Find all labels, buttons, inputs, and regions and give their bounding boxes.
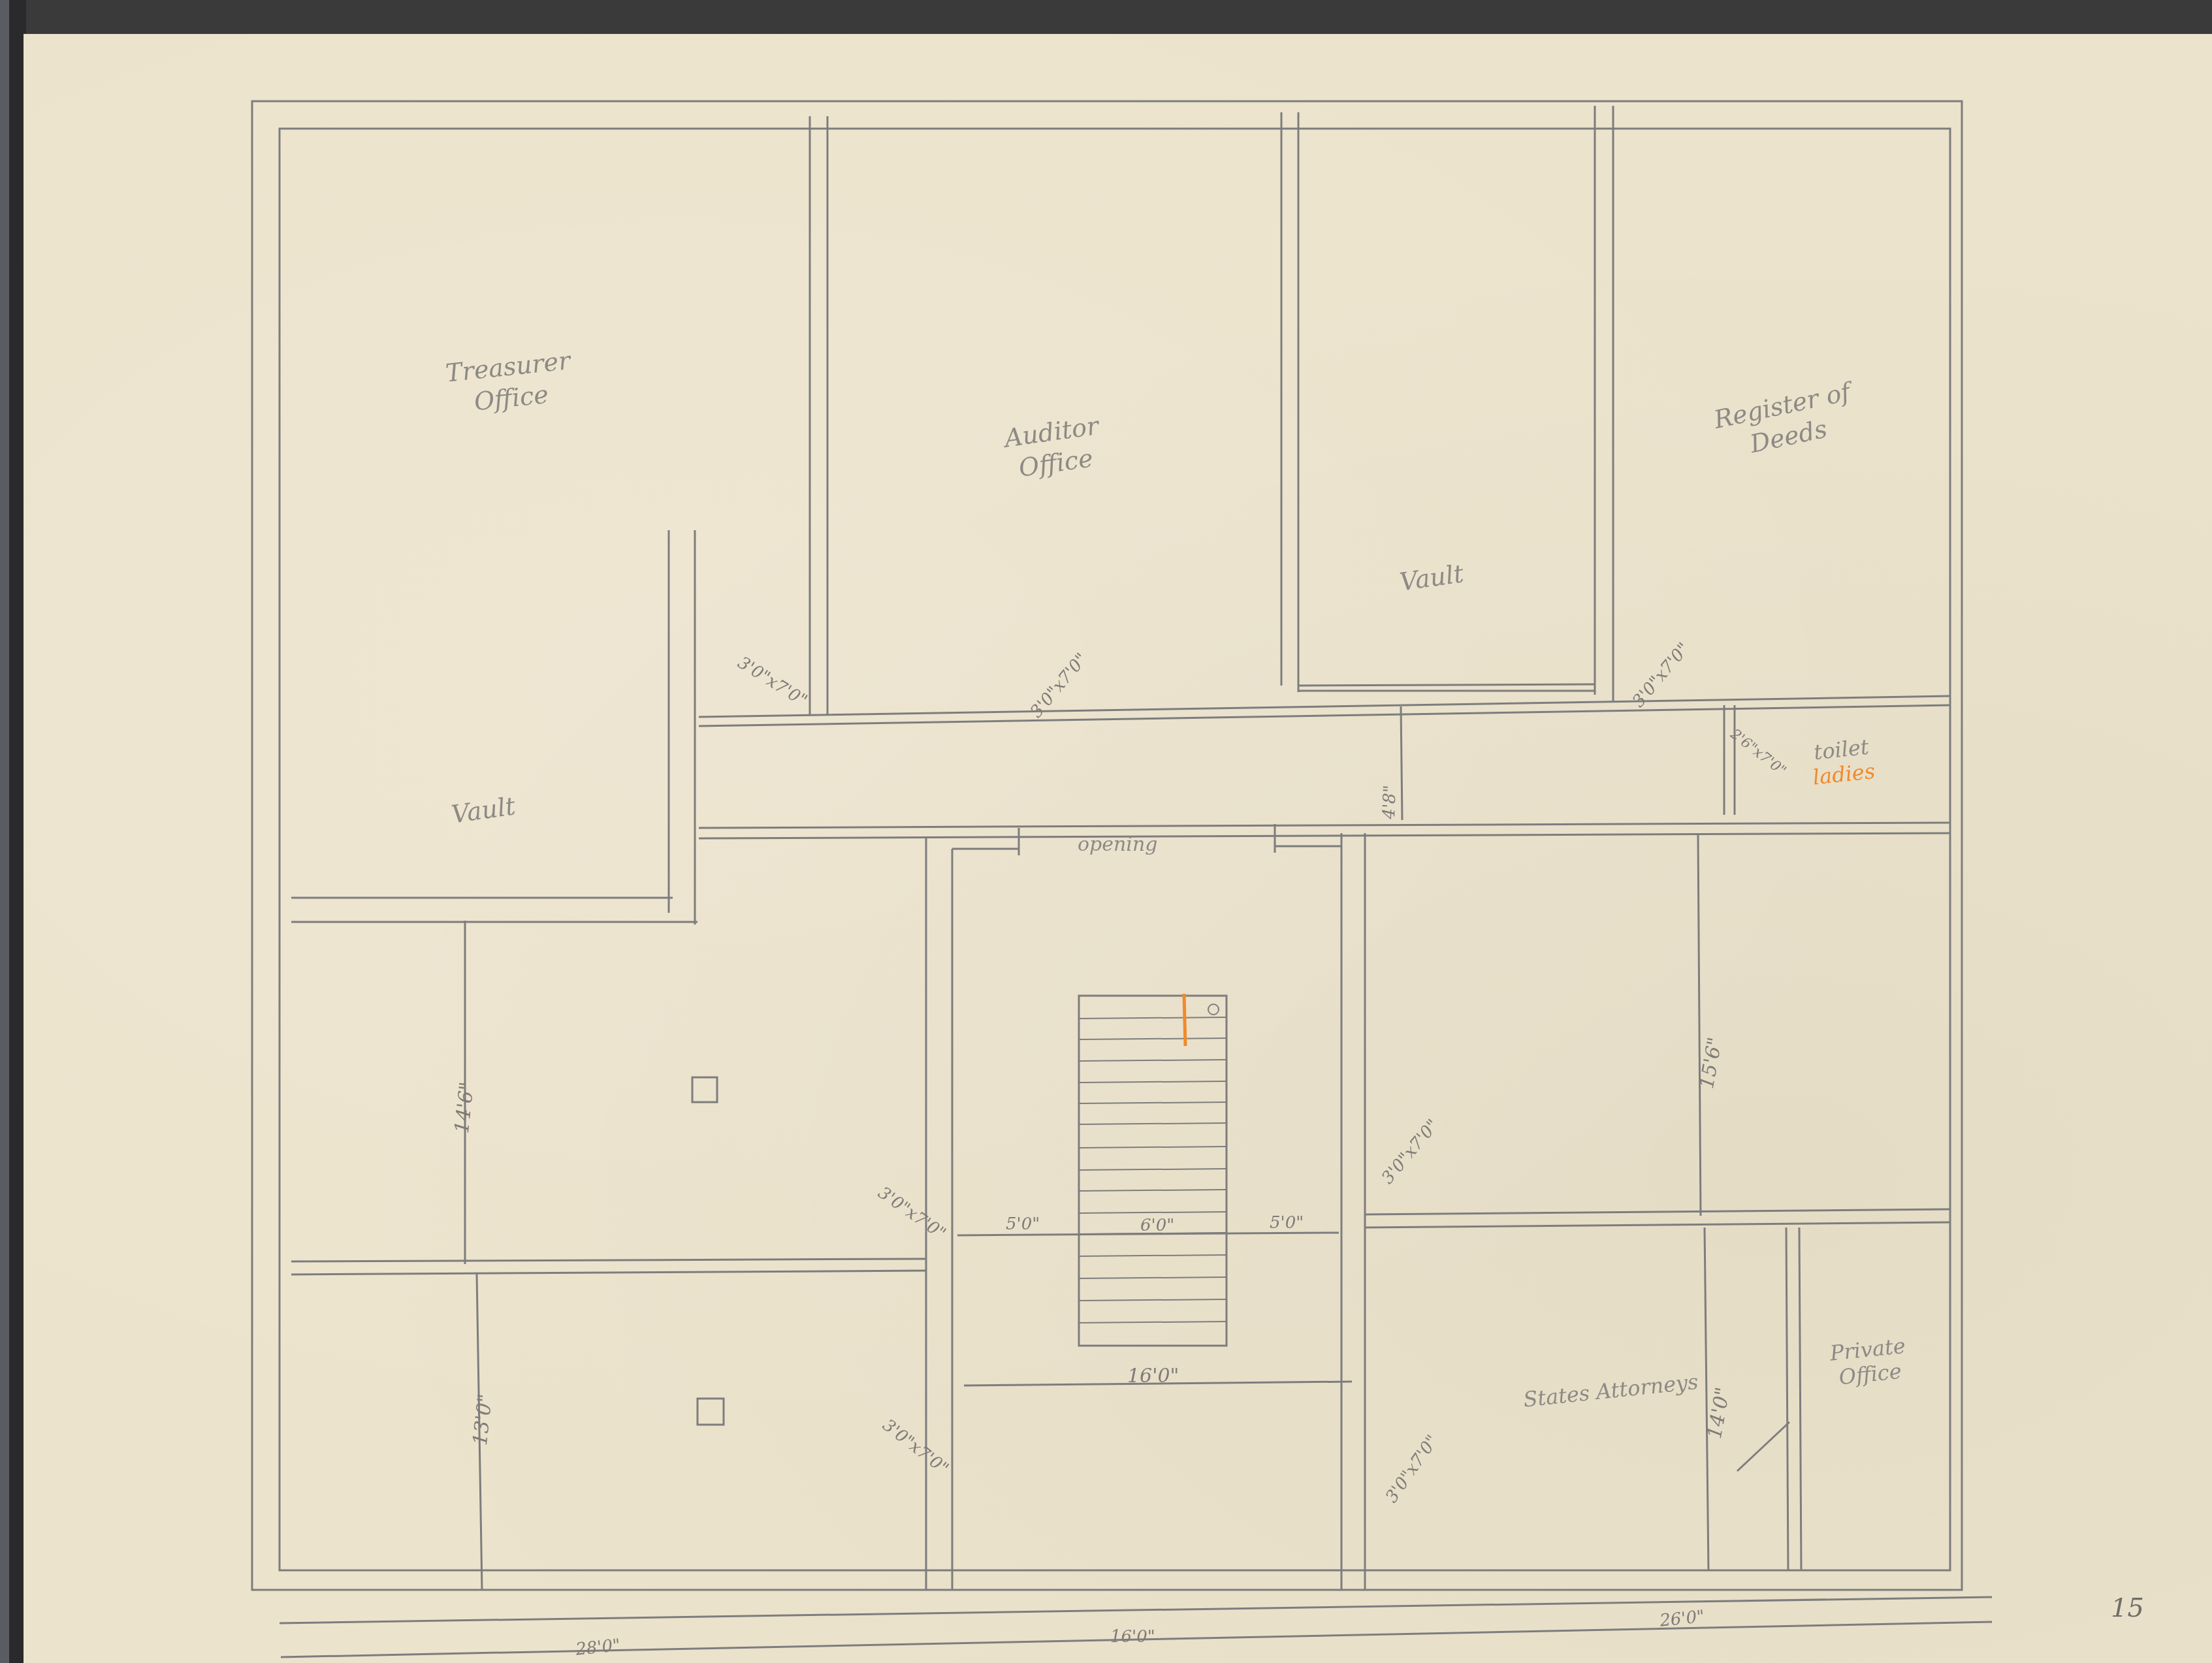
room-label-stair-opening: opening bbox=[1078, 829, 1157, 861]
dim-corridor-depth: 4'8" bbox=[1379, 785, 1400, 819]
page-number: 15 bbox=[2111, 1593, 2144, 1623]
room-label-private-office: Private Office bbox=[1829, 1333, 1909, 1391]
dim-overall-center: 16'0" bbox=[1110, 1627, 1155, 1647]
dim-stair-left-clearance: 5'0" bbox=[1006, 1214, 1040, 1234]
dim-stair-hall-width: 16'0" bbox=[1127, 1365, 1179, 1387]
room-label-auditor: Auditor Office bbox=[1002, 410, 1105, 485]
room-label-treasurer: Treasurer Office bbox=[444, 345, 575, 420]
dim-stair-right-clearance: 5'0" bbox=[1270, 1213, 1304, 1233]
room-label-toilet: toilet ladies bbox=[1809, 734, 1876, 790]
dim-stair-width: 6'0" bbox=[1140, 1216, 1174, 1235]
room-label-line: opening bbox=[1078, 829, 1157, 861]
